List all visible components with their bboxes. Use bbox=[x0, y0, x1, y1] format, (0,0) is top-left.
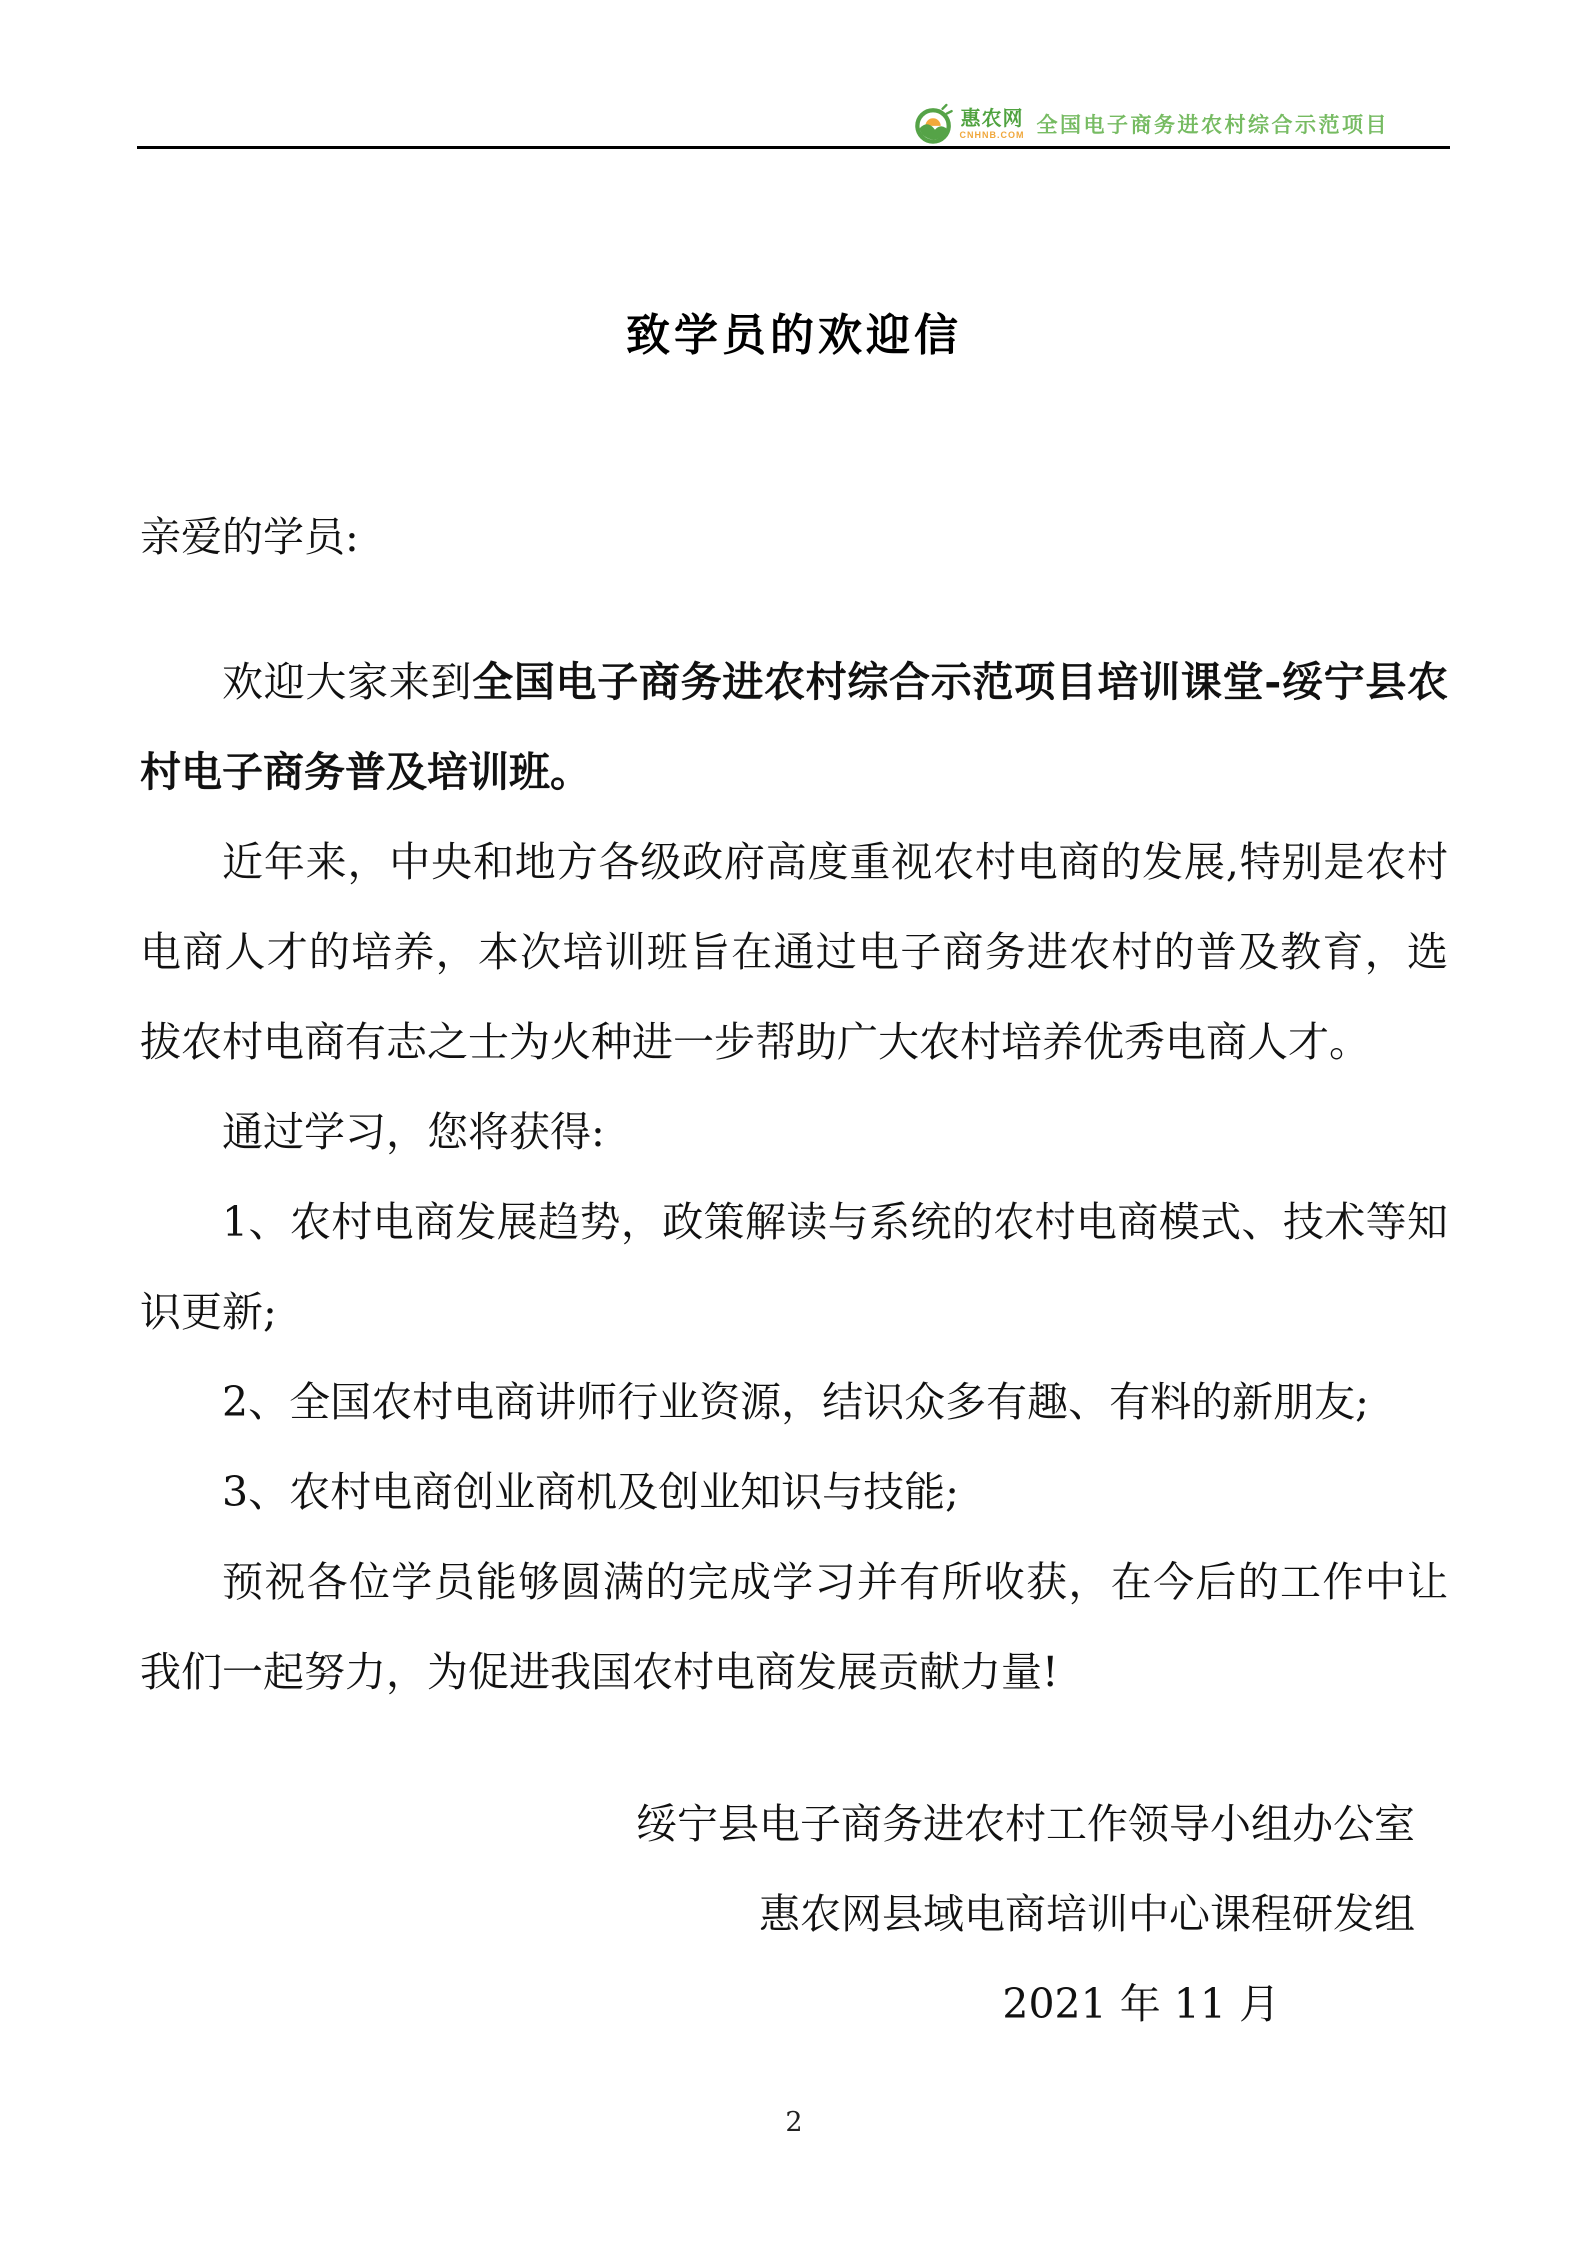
page-title: 致学员的欢迎信 bbox=[140, 0, 1448, 364]
gain-item-3: 3、农村电商创业商机及创业知识与技能; bbox=[140, 1447, 1448, 1537]
salutation: 亲爱的学员: bbox=[140, 492, 1448, 582]
gains-intro-paragraph: 通过学习，您将获得: bbox=[140, 1087, 1448, 1177]
gain-item-1: 1、农村电商发展趋势，政策解读与系统的农村电商模式、技术等知识更新; bbox=[140, 1177, 1448, 1357]
document-page: 惠农网 CNHNB.COM 全国电子商务进农村综合示范项目 致学员的欢迎信 亲爱… bbox=[0, 0, 1587, 2245]
page-number: 2 bbox=[140, 2101, 1448, 2145]
gain-item-2: 2、全国农村电商讲师行业资源，结识众多有趣、有料的新朋友; bbox=[140, 1357, 1448, 1447]
welcome-paragraph: 欢迎大家来到全国电子商务进农村综合示范项目培训课堂-绥宁县农村电子商务普及培训班… bbox=[140, 637, 1448, 817]
logo-project-title: 全国电子商务进农村综合示范项目 bbox=[1037, 109, 1390, 139]
signature-org-line-1: 绥宁县电子商务进农村工作领导小组办公室 bbox=[140, 1779, 1448, 1869]
header-logo: 惠农网 CNHNB.COM 全国电子商务进农村综合示范项目 bbox=[915, 101, 1390, 147]
logo-brand-block: 惠农网 CNHNB.COM bbox=[960, 108, 1025, 140]
huinong-logo-icon bbox=[915, 102, 953, 146]
logo-brand-text: 惠农网 bbox=[961, 108, 1024, 130]
logo-domain-text: CNHNB.COM bbox=[960, 130, 1025, 140]
signature-org-line-2: 惠农网县域电商培训中心课程研发组 bbox=[140, 1869, 1448, 1959]
welcome-paragraph-lead: 欢迎大家来到 bbox=[222, 658, 472, 706]
background-paragraph: 近年来，中央和地方各级政府高度重视农村电商的发展,特别是农村电商人才的培养，本次… bbox=[140, 817, 1448, 1087]
closing-paragraph: 预祝各位学员能够圆满的完成学习并有所收获，在今后的工作中让我们一起努力，为促进我… bbox=[140, 1537, 1448, 1717]
signature-date: 2021 年 11 月 bbox=[140, 1959, 1448, 2049]
header-rule bbox=[137, 146, 1450, 149]
signature-block: 绥宁县电子商务进农村工作领导小组办公室 惠农网县域电商培训中心课程研发组 202… bbox=[140, 1779, 1448, 2049]
letter-body: 亲爱的学员: 欢迎大家来到全国电子商务进农村综合示范项目培训课堂-绥宁县农村电子… bbox=[140, 492, 1448, 2049]
